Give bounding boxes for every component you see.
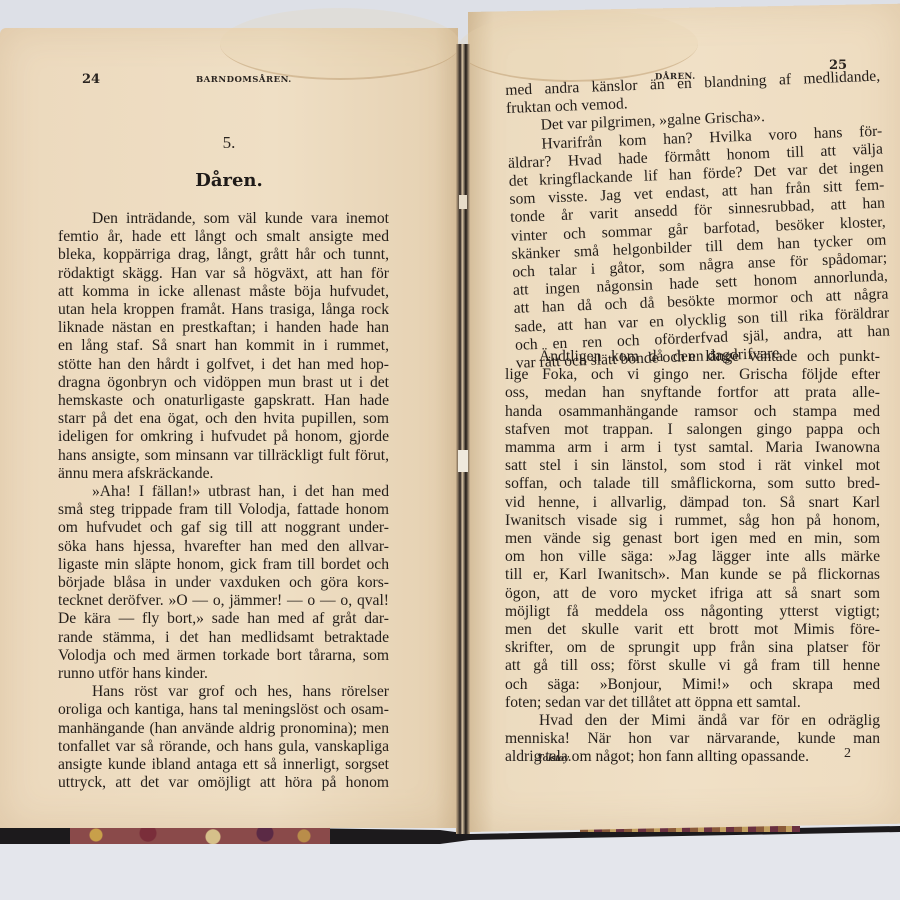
water-stain xyxy=(220,8,460,80)
marbled-endpaper-left xyxy=(70,826,330,844)
text-line: söka hans hjessa, hvarefter han med den … xyxy=(58,538,389,556)
text-line: menniska! När hon var närvarande, kunde … xyxy=(505,730,880,748)
text-line: ligaste min släpte honom, gick fram till… xyxy=(58,556,389,574)
text-line: De kära — fly bort,» sade han med af grå… xyxy=(58,610,389,628)
text-line: stafven mot trappan. I salongen gingo pa… xyxy=(505,421,880,439)
binding-tape xyxy=(458,450,468,472)
page-number-left: 24 xyxy=(82,72,100,87)
text-line: små steg trippade fram till Volodja, fat… xyxy=(58,501,389,519)
text-line: att komma in icke allenast måste böja hu… xyxy=(58,283,389,301)
chapter-title: Dåren. xyxy=(0,170,458,191)
text-line: hemskaste och onaturligaste gapskratt. H… xyxy=(58,392,389,410)
text-line: stötte han den hårdt i golfvet, i det ha… xyxy=(58,356,389,374)
text-line: ännu mera afskräckande. xyxy=(58,465,389,483)
text-line: Ändtligen kom då den länge väntade och p… xyxy=(505,348,880,366)
text-line: soffan, och talade till småflickorna, so… xyxy=(505,475,880,493)
text-line: »Aha! I fällan!» utbrast han, i det han … xyxy=(58,483,389,501)
text-line: Iwanitsch visade sig i rummet, såg hon p… xyxy=(505,512,880,530)
text-line: Hvad den der Mimi ändå var för en odrägl… xyxy=(505,712,880,730)
chapter-number: 5. xyxy=(0,133,458,153)
text-line: uttryck, att det var omöjligt att höra p… xyxy=(58,774,389,792)
text-line: runno utför hans kinder. xyxy=(58,665,389,683)
text-line: dragna ögonbryn och vidöppen mun brast u… xyxy=(58,374,389,392)
text-line: till er, Karl Iwanitsch». Man kunde se p… xyxy=(505,566,880,584)
text-line: ansigte kunde ibland antaga ett så inner… xyxy=(58,756,389,774)
text-line: rande stämma, i det han medlidsamt betra… xyxy=(58,629,389,647)
text-line: Volodja och med ärmen torkade bort tårar… xyxy=(58,647,389,665)
text-line: liknade nästan en prestkaftan; i handen … xyxy=(58,319,389,337)
text-line: tonfallet var så rörande, och hans gula,… xyxy=(58,738,389,756)
right-page-body-bottom: Ändtligen kom då den länge väntade och p… xyxy=(505,348,880,767)
text-line: femtio år, hade ett långt och smalt ansi… xyxy=(58,228,389,246)
text-line: möjligt få meddela oss någonting ytterst… xyxy=(505,603,880,621)
text-line: manhängande (han använde aldrig pronomin… xyxy=(58,720,389,738)
text-line: lige Foka, och vi gingo ner. Grischa föl… xyxy=(505,366,880,384)
text-line: en lång staf. Så snart han kommit in i r… xyxy=(58,337,389,355)
text-line: men vände sig genast bort igen med en mi… xyxy=(505,530,880,548)
text-line: om hon ville säga: »Jag lägger inte alls… xyxy=(505,548,880,566)
text-line: skrifter, om de sprungit upp från sina p… xyxy=(505,639,880,657)
text-line: tecknet deröfver. »O — o, jämmer! — o — … xyxy=(58,592,389,610)
text-line: utan hela kroppen framåt. Hans trasiga, … xyxy=(58,301,389,319)
left-page-body: Den inträdande, som väl kunde vara inemo… xyxy=(58,210,389,793)
text-line: men det skulle varit ett brott mot Mimis… xyxy=(505,621,880,639)
text-line: starr på det ena ögat, och den hvita pup… xyxy=(58,410,389,428)
text-line: oss, medan han snyftande fortfor att pra… xyxy=(505,384,880,402)
right-page-body-top: med andra känslor än en blandning af med… xyxy=(505,68,891,373)
text-line: hans ansigte, som minsann var tillräckli… xyxy=(58,447,389,465)
book-gutter xyxy=(456,44,470,834)
text-line: började blåsa in under vaxduken och göra… xyxy=(58,574,389,592)
text-line: handa osammanhängande ramsor och stampa … xyxy=(505,403,880,421)
text-line: vid henne, i allvarlig, dämpad ton. Så s… xyxy=(505,494,880,512)
text-line: ögon, att de voro mycket ifriga att så s… xyxy=(505,585,880,603)
text-line: bleka, koppärriga drag, långt, grått hår… xyxy=(58,246,389,264)
sheet-number: 2 xyxy=(844,746,851,762)
text-line: mamma arm i arm i tyst samtal. Maria Iwa… xyxy=(505,439,880,457)
text-line: ideligen for omkring i hufvudet på honom… xyxy=(58,428,389,446)
text-line: rödaktigt skägg. Han var så högväxt, att… xyxy=(58,265,389,283)
signature-mark: Tolstoy. xyxy=(537,752,571,764)
binding-thread xyxy=(459,195,467,209)
text-line: satt stel i sin länstol, som stod i rät … xyxy=(505,457,880,475)
text-line: oroliga och kantiga, hans tal meningslös… xyxy=(58,701,389,719)
running-head-left: BARNDOMSÅREN. xyxy=(196,75,292,85)
text-line: att gå till oss; först skulle vi gå fram… xyxy=(505,657,880,675)
text-line: Hans röst var grof och hes, hans rörelse… xyxy=(58,683,389,701)
text-line: och säga: »Bonjour, Mimi!» och skrapa me… xyxy=(505,676,880,694)
text-line: foten; sedan var det tillåtet att öppna … xyxy=(505,694,880,712)
text-line: om hufvudet och gaf sig till att noggran… xyxy=(58,519,389,537)
text-line: Den inträdande, som väl kunde vara inemo… xyxy=(58,210,389,228)
